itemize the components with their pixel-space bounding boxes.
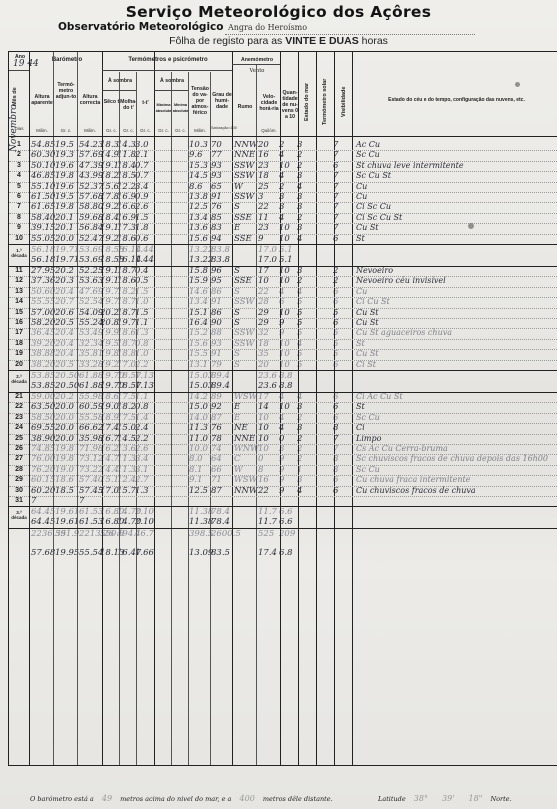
decade-label: 3.ª década [11, 510, 27, 520]
cell-vel: 29 [258, 318, 269, 328]
cell-grau: 89 [211, 392, 222, 402]
cell-t-adj: 20.3 [55, 276, 74, 286]
sky-remark: St [356, 339, 365, 348]
cell-tensao: 10.0 [189, 444, 208, 454]
velocidade-header: Velo-cidade horá-ria [257, 94, 281, 112]
day-number: 6 [11, 193, 27, 200]
cell-tensao: 15.8 [189, 266, 208, 276]
sky-remark: Cu St [356, 349, 379, 358]
column-divider [298, 52, 299, 765]
cell-tensao: 14.5 [189, 171, 208, 181]
cell-tensao: 15.9 [189, 276, 208, 286]
cell-tensao: 8.1 [189, 465, 203, 475]
unit-altura-aparente: Milim. [30, 128, 54, 133]
cell-vel: 32 [258, 328, 269, 338]
cell-rumo: E [234, 413, 240, 423]
cell-alt-ap: 50.60 [31, 287, 55, 297]
cell-tensao: 15.3 [189, 161, 208, 171]
cell-t-adj: 19.8 [55, 202, 74, 212]
cell-diff: 1.0 [135, 297, 149, 307]
cell-t-adj: 20.0 [55, 413, 74, 423]
day-number: 28 [11, 466, 27, 473]
sky-remark: Cu chuviscos fracos de chuva [356, 486, 476, 495]
cell-diff: 2.6 [135, 444, 149, 454]
rumo-header: Rumo [233, 104, 257, 110]
column-divider [77, 52, 78, 765]
row-rule [9, 360, 557, 361]
cell-t-adj: 19.0 [55, 465, 74, 475]
cell-alt-ap: 61.65 [31, 202, 55, 212]
column-divider [280, 52, 281, 765]
cell-vel: 20 [258, 360, 269, 370]
day-number: 24 [11, 424, 27, 431]
cell-vel: 17 [258, 266, 269, 276]
row-rule [9, 297, 557, 298]
cell-rumo: NNE [234, 434, 255, 444]
cell-grau: 74 [211, 444, 222, 454]
barometro-header: Barómetro [31, 57, 103, 63]
cell-t-adj: 18.5 [55, 486, 74, 496]
cell-vel: 29 [258, 308, 269, 318]
decade-cell-alt-ap: 64.45 [31, 507, 55, 517]
day-number: 1 [11, 141, 27, 148]
decade-cell-grau: 89.4 [211, 381, 230, 391]
cell-grau: 86 [211, 308, 222, 318]
cell-t-adj: 20.4 [55, 349, 74, 359]
cell-alt-ap: 7 [31, 496, 36, 506]
cell-rumo: WSW [234, 392, 257, 402]
column-divider [29, 52, 30, 765]
cell-tensao: 15.5 [189, 349, 208, 359]
observation-sheet: Serviço Meteorológico dos Açôres Observa… [0, 0, 557, 809]
unit-seco: Gr. c. [103, 128, 120, 133]
barometer-note: O barómetro está a 49 metros acima do ni… [30, 794, 333, 803]
cell-tensao: 11.3 [189, 423, 208, 433]
column-divider [102, 52, 103, 765]
row-rule [9, 444, 557, 445]
total-cell-diff: 46.7 [135, 529, 154, 539]
cell-diff: 1.4 [135, 413, 149, 423]
unit-molhado: Gr. c. [120, 128, 137, 133]
sky-remark: Cu St aguaceiros chuva [356, 328, 452, 337]
cell-vel: 16 [258, 475, 269, 485]
anemometro-header: Anemómetro [233, 57, 281, 63]
cell-tensao: 14.6 [189, 287, 208, 297]
cell-rumo: S [234, 287, 240, 297]
cell-rumo: W [234, 182, 243, 192]
cell-alt-ap: 69.55 [31, 423, 55, 433]
cell-diff: 0.5 [135, 276, 149, 286]
decade-cell-grau: 78.4 [211, 507, 230, 517]
nuvens-header: Quan-tidade de nu-vens 0 a 10 [281, 90, 299, 120]
cell-alt-ap: 55.55 [31, 297, 55, 307]
minima-header: Mínima absoluta [172, 102, 189, 114]
cell-vel: 18 [258, 171, 269, 181]
sky-remark: Cs Ac Cu Cerra-bruma [356, 444, 448, 453]
decade-cell-t-adj: 20.50 [55, 371, 79, 381]
cell-t-adj: 20.4 [55, 339, 74, 349]
cell-diff: 0.7 [135, 161, 149, 171]
cell-diff: 3.0 [135, 140, 149, 150]
decade-label: 2.ª década [11, 374, 27, 384]
cell-alt-ap: 58.40 [31, 213, 55, 223]
row-rule [9, 192, 557, 193]
cell-t-adj: 20.1 [55, 223, 74, 233]
day-number: 13 [11, 288, 27, 295]
header-divider [102, 70, 232, 71]
day-number: 3 [11, 162, 27, 169]
row-rule [9, 486, 557, 487]
cell-rumo: SSW [234, 328, 254, 338]
total-cell-vel: 525 [258, 529, 274, 539]
row-rule [9, 370, 557, 371]
mean-cell-alt-ap: 57.68 [31, 548, 55, 558]
cell-t-adj: 19.3 [55, 150, 74, 160]
cell-alt-ap: 58.20 [31, 318, 55, 328]
column-divider [154, 52, 155, 765]
a-sombra-header-2: À sombra [155, 78, 189, 84]
decade-cell-nuv: 5.1 [279, 255, 293, 265]
cell-tensao: 15.6 [189, 234, 208, 244]
decade-cell-diff: 1.44 [135, 255, 154, 265]
cell-t-adj: 20.2 [55, 392, 74, 402]
row-rule [9, 475, 557, 476]
cell-alt-ap: 39.15 [31, 223, 55, 233]
day-number: 12 [11, 277, 27, 284]
cell-tensao: 13.4 [189, 297, 208, 307]
mean-cell-grau: 83.5 [211, 548, 230, 558]
decade-cell-vel: 17.0 [258, 245, 277, 255]
cell-diff: 3.4 [135, 454, 149, 464]
decade-cell-t-adj: 19.71 [55, 245, 79, 255]
termometros-header: Termómetros e psicrómetro [103, 57, 233, 63]
day-number: 10 [11, 235, 27, 242]
cell-tensao: 8.0 [189, 454, 203, 464]
decade-cell-vel: 11.7 [258, 507, 277, 517]
latitude-deg: 38° [408, 794, 434, 803]
day-number: 26 [11, 445, 27, 452]
cell-alt-ap: 76.20 [31, 465, 55, 475]
day-number: 4 [11, 172, 27, 179]
row-rule [9, 328, 557, 329]
cell-vel: 23 [258, 161, 269, 171]
cell-diff: 1.1 [135, 392, 149, 402]
header-divider [102, 90, 136, 91]
cell-alt-ap: 61.50 [31, 192, 55, 202]
cell-grau: 85 [211, 213, 222, 223]
decade-cell-diff: 1.44 [135, 245, 154, 255]
cell-diff: 1.1 [135, 318, 149, 328]
sky-remark: Ci Ac Cu St [356, 392, 403, 401]
cell-vel: 10 [258, 423, 269, 433]
altura-correcta-header: Altura correcta [78, 94, 102, 106]
mean-cell-nuv: 6.8 [279, 548, 293, 558]
cell-t-adj: 20.4 [55, 328, 74, 338]
decade-label: 1.ª década [11, 248, 27, 258]
seco-header: Sêco t [103, 99, 120, 105]
cell-tensao: 15.2 [189, 328, 208, 338]
cell-diff: 1.0 [135, 349, 149, 359]
cell-t-adj: 20.1 [55, 213, 74, 223]
column-divider [232, 52, 233, 765]
row-rule [9, 339, 557, 340]
column-divider [210, 72, 211, 765]
cell-t-adj: 18.6 [55, 475, 74, 485]
decade-cell-alt-ap: 64.45 [31, 517, 55, 527]
a-sombra-header-1: À sombra [103, 78, 137, 84]
cell-rumo: SSW [234, 192, 254, 202]
sky-remark: Cu chuva fraca intermitente [356, 475, 470, 484]
barometer-distance: 400 [234, 794, 261, 803]
maxima-header: Máxima absoluta [155, 102, 172, 114]
cell-diff: 2.1 [135, 150, 149, 160]
row-rule [9, 202, 557, 203]
decade-cell-grau: 89.4 [211, 371, 230, 381]
row-rule [9, 244, 557, 245]
header-divider [9, 70, 29, 71]
cell-tensao: 9.1 [189, 475, 203, 485]
cell-diff: 3.1 [135, 465, 149, 475]
decade-cell-t-adj: 20.50 [55, 381, 79, 391]
cell-grau: 70 [211, 140, 222, 150]
sheet-hour: VINTE E DUAS [285, 35, 359, 47]
cell-t-adj: 20.7 [55, 297, 74, 307]
sky-remark: Ac Cu [356, 140, 380, 149]
cell-diff: 1.3 [135, 486, 149, 496]
cell-alt-ap: 60.20 [31, 486, 55, 496]
row-rule [9, 171, 557, 172]
cell-alt-ap: 39.20 [31, 339, 55, 349]
termometro-solar-header: Termómetro solar [322, 72, 328, 132]
mean-cell-t-adj: 19.95 [55, 548, 79, 558]
row-rule [9, 182, 557, 183]
cell-alt-ap: 60.30 [31, 150, 55, 160]
cell-grau: 87 [211, 486, 222, 496]
cell-diff: 3.4 [135, 182, 149, 192]
decade-cell-vel: 11.7 [258, 517, 277, 527]
cell-grau: 96 [211, 266, 222, 276]
cell-tensao: 13.1 [189, 360, 208, 370]
cell-grau: 79 [211, 360, 222, 370]
cell-rumo: E [234, 223, 240, 233]
molhado-header: Molha-do t' [120, 99, 137, 111]
sheet-prefix: Fôlha de registo para as [169, 35, 282, 47]
grau-header: Grau de humi-dade [211, 92, 233, 110]
cell-alt-ap: 60.15 [31, 475, 55, 485]
cell-grau: 95 [211, 276, 222, 286]
day-number: 15 [11, 309, 27, 316]
cell-diff: 2.6 [135, 202, 149, 212]
decade-cell-vel: 23.6 [258, 381, 277, 391]
cell-diff: 0.6 [135, 234, 149, 244]
unit-tensao: Milim. [189, 128, 211, 133]
page-title: Serviço Meteorológico dos Açôres [0, 3, 557, 21]
cell-vel: 18 [258, 339, 269, 349]
estado-ceu-header: Estado do céu e do tempo, configuração d… [359, 97, 554, 103]
row-rule [9, 266, 557, 267]
mean-cell-diff: 1.66 [135, 548, 154, 558]
cell-tensao: 13.8 [189, 192, 208, 202]
cell-tensao: 14.2 [189, 392, 208, 402]
cell-vel: 3 [258, 192, 263, 202]
cell-t-adj: 20.5 [55, 318, 74, 328]
cell-tensao: 13.6 [189, 223, 208, 233]
cell-vel: 14 [258, 402, 269, 412]
cell-rumo: S [234, 318, 240, 328]
cell-diff: 0.4 [135, 266, 149, 276]
vento-header: Vento [233, 68, 281, 74]
unit-altura-correcta: Milim. [78, 128, 102, 133]
tensao-header: Tensão do va-por atmos-férico [189, 86, 211, 116]
cell-rumo: SSW [234, 171, 254, 181]
visibilidade-header: Visibilidade [341, 77, 347, 127]
cell-diff: 1.5 [135, 213, 149, 223]
cell-tensao: 9.6 [189, 150, 203, 160]
decade-cell-vel: 23.6 [258, 371, 277, 381]
row-rule [9, 434, 557, 435]
cell-grau: 76 [211, 423, 222, 433]
header-bottom-rule [9, 136, 557, 137]
decade-cell-alt-ap: 53.85 [31, 381, 55, 391]
row-rule [9, 465, 557, 466]
cell-t-adj: 20.4 [55, 287, 74, 297]
paper-spot [515, 82, 520, 87]
cell-alt-ap: 38.20 [31, 360, 55, 370]
cell-vel: 22 [258, 486, 269, 496]
decade-cell-t-adj: 19.61 [55, 507, 79, 517]
cell-vel: 9 [258, 234, 263, 244]
decade-cell-diff: 1.13 [135, 381, 154, 391]
cell-alt-ap: 38.88 [31, 349, 55, 359]
cell-tensao: 10.3 [189, 140, 208, 150]
cell-grau: 90 [211, 318, 222, 328]
decade-cell-alt-ap: 56.18 [31, 255, 55, 265]
sky-remark: Cu St [356, 318, 379, 327]
total-cell-nuv: 209 [279, 529, 295, 539]
cell-rumo: SSW [234, 339, 254, 349]
barometer-suffix: metros dêle distante. [263, 795, 333, 803]
latitude-sec: 18" [463, 794, 489, 803]
cell-alt-ap: 36.45 [31, 328, 55, 338]
sky-remark: St [356, 234, 365, 243]
cell-rumo: S [234, 360, 240, 370]
cell-rumo: SSE [234, 276, 252, 286]
row-rule [9, 506, 557, 507]
decade-cell-vel: 17.0 [258, 255, 277, 265]
header-divider [154, 90, 188, 91]
cell-rumo: S [234, 308, 240, 318]
termometro-adjunto-header: Termó-metro adjun-to [54, 82, 78, 100]
unit-minima: Gr. c. [172, 128, 189, 133]
row-rule [9, 161, 557, 162]
day-number: 18 [11, 340, 27, 347]
cell-tensao: 16.4 [189, 318, 208, 328]
observatory-place: Angra do Heroísmo [228, 23, 307, 32]
cell-diff: 0.8 [135, 402, 149, 412]
decade-cell-alt-ap: 53.85 [31, 371, 55, 381]
cell-diff: 2.2 [135, 434, 149, 444]
cell-t-adj: 19.6 [55, 182, 74, 192]
cell-alt-ap: 54.85 [31, 140, 55, 150]
cell-vel: 20 [258, 140, 269, 150]
sky-remark: Ci Cu St [356, 297, 390, 306]
cell-alt-ap: 50.10 [31, 161, 55, 171]
cell-diff: 1.8 [135, 223, 149, 233]
cell-tensao: 15.1 [189, 308, 208, 318]
unit-grau: Saturação=100 [211, 126, 233, 130]
barometer-middle: metros acima do nivel do mar, e a [120, 795, 231, 803]
sky-remark: Cu [356, 182, 367, 191]
sky-remark: Ci St [356, 360, 376, 369]
cell-grau: 66 [211, 465, 222, 475]
row-rule [9, 150, 557, 151]
decade-cell-diff: 2.10 [135, 507, 154, 517]
sky-remark: Cu [356, 287, 367, 296]
day-number: 21 [11, 393, 27, 400]
cell-grau: 91 [211, 349, 222, 359]
cell-grau: 93 [211, 171, 222, 181]
sky-remark: St chuva leve intermitente [356, 161, 464, 170]
cell-grau: 94 [211, 234, 222, 244]
unit-velocidade: Quilóm. [257, 128, 281, 133]
day-number: 11 [11, 267, 27, 274]
sky-remark: Ci Sc Cu [356, 202, 391, 211]
row-rule [9, 528, 557, 529]
cell-vel: 0 [258, 454, 263, 464]
cell-grau: 87 [211, 413, 222, 423]
day-number: 23 [11, 414, 27, 421]
cell-rumo: NNE [234, 150, 255, 160]
row-rule [9, 276, 557, 277]
day-number: 27 [11, 455, 27, 462]
column-divider [256, 65, 257, 765]
cell-alt-ap: 76.00 [31, 454, 55, 464]
decade-cell-nuv: 6.6 [279, 507, 293, 517]
cell-vel: 10 [258, 276, 269, 286]
day-number: 30 [11, 487, 27, 494]
total-cell-t-adj: 591.9 [55, 529, 79, 539]
cell-alt-ap: 38.90 [31, 434, 55, 444]
row-rule [9, 318, 557, 319]
altura-aparente-header: Altura aparente [30, 94, 54, 106]
cell-vel: 22 [258, 287, 269, 297]
cell-t-adj: 19.8 [55, 171, 74, 181]
cell-alt-ap: 63.50 [31, 402, 55, 412]
column-divider [53, 52, 54, 765]
day-number: 16 [11, 319, 27, 326]
cell-diff: 2.7 [135, 475, 149, 485]
cell-tensao: 15.6 [189, 339, 208, 349]
cell-vel: 23 [258, 223, 269, 233]
row-rule [9, 454, 557, 455]
cell-t-adj: 20.0 [55, 402, 74, 412]
row-rule [9, 308, 557, 309]
sky-remark: Cu St [356, 223, 379, 232]
paper-spot [468, 223, 474, 229]
latitude-suffix: Norte. [490, 795, 511, 803]
cell-vel: 16 [258, 150, 269, 160]
row-rule [9, 223, 557, 224]
decade-cell-nuv: 6.6 [279, 517, 293, 527]
row-rule [9, 349, 557, 350]
cell-tensao: 11.0 [189, 434, 208, 444]
cell-grau: 88 [211, 328, 222, 338]
cell-grau: 71 [211, 475, 222, 485]
decade-cell-diff: 1.13 [135, 371, 154, 381]
sheet-suffix: horas [362, 35, 388, 47]
day-number: 29 [11, 476, 27, 483]
cell-rumo: SSW [234, 297, 254, 307]
